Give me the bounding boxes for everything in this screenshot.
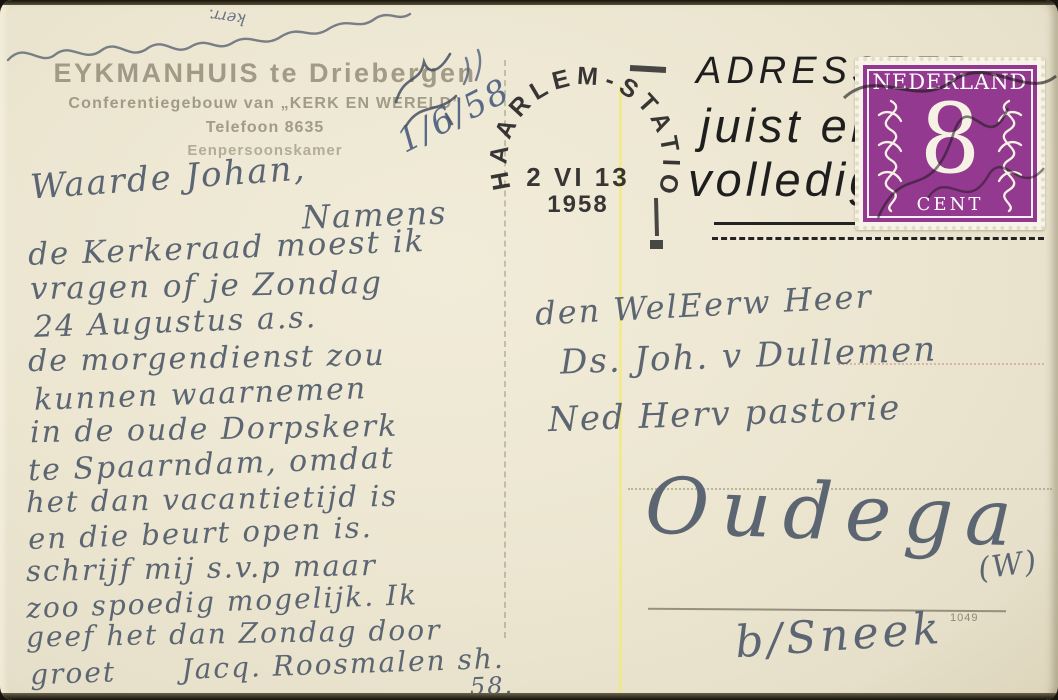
address-recipient-name: Ds. Joh. v Dullemen — [559, 329, 937, 382]
address-house-line: Ned Herv pastorie — [547, 388, 902, 440]
address-near-town: b/Sneek — [733, 603, 944, 668]
postmark-year: 1958 — [547, 191, 608, 218]
postmark-bracket-blob — [650, 240, 663, 249]
address-town: Oudega — [644, 461, 1026, 564]
postmark-date: 2 VI 13 — [526, 162, 629, 192]
upside-down-scrawl — [0, 0, 560, 130]
postmark: HAARLEM-STATION 2 VI 13 1958 — [490, 56, 680, 266]
postmark-bracket-top — [630, 68, 666, 70]
stamp-cancellation-marks — [838, 48, 1058, 243]
postmark-bracket-bottom — [656, 198, 657, 236]
printed-card-number: 1049 — [950, 612, 978, 624]
postcard-back: EYKMANHUIS te Driebergen Conferentiegebo… — [0, 0, 1058, 700]
message-line: 24 Augustus a.s. — [33, 300, 317, 345]
address-recipient-salutation: den WelEerw Heer — [534, 277, 873, 333]
message-line: vragen of je Zondag — [30, 265, 384, 307]
card-top-edge — [0, 0, 1058, 5]
address-province: (W) — [976, 544, 1041, 587]
card-bottom-edge — [0, 693, 1058, 700]
